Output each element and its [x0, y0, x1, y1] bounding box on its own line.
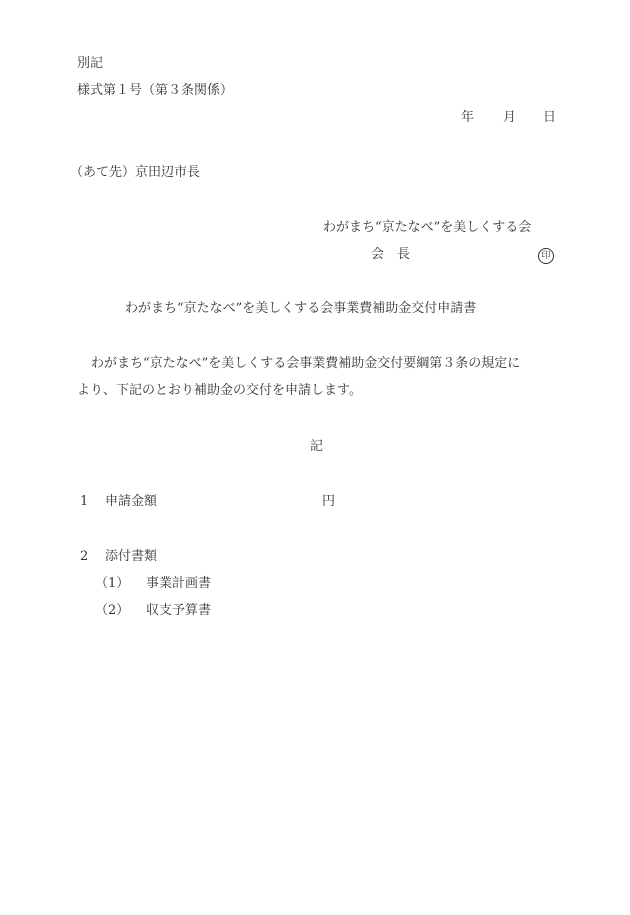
addressee: （あて先）京田辺市長: [70, 165, 200, 181]
body-text-line-1: わがまち“京たなべ”を美しくする会事業費補助金交付要綱第３条の規定に: [91, 356, 520, 372]
applicant-organization: わがまち“京たなべ”を美しくする会: [323, 220, 531, 236]
date-day: 日: [543, 110, 556, 126]
item-label: 添付書類: [105, 549, 157, 565]
item-number: 2: [80, 549, 88, 565]
applicant-title: 会 長: [371, 247, 410, 263]
sub-item-number: （1）: [95, 576, 129, 592]
appendix-label: 別記: [77, 56, 103, 72]
body-text-line-2: より、下記のとおり補助金の交付を申請します。: [77, 383, 362, 399]
document-title: わがまち“京たなべ”を美しくする会事業費補助金交付申請書: [125, 301, 476, 317]
item-number: 1: [80, 494, 88, 510]
form-number: 様式第１号（第３条関係）: [77, 83, 233, 99]
seal-mark: 印: [538, 247, 554, 264]
sub-item-number: （2）: [95, 603, 129, 619]
amount-unit: 円: [322, 494, 335, 510]
date-month: 月: [503, 110, 516, 126]
sub-item-label: 事業計画書: [146, 576, 211, 592]
sub-item-label: 収支予算書: [146, 603, 211, 619]
item-label: 申請金額: [105, 494, 157, 510]
ki-heading: 記: [310, 439, 323, 455]
date-year: 年: [461, 110, 474, 126]
seal-icon: 印: [538, 248, 554, 264]
